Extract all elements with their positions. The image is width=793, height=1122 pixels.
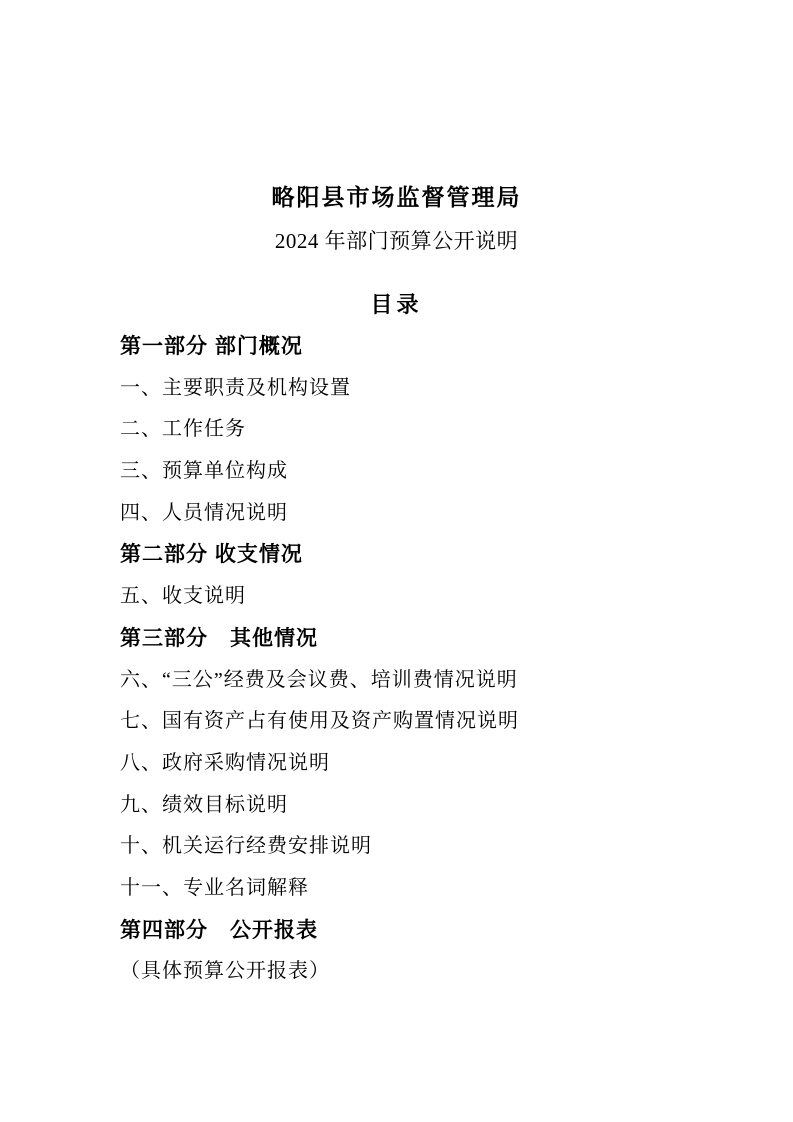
document-page: 略阳县市场监督管理局 2024 年部门预算公开说明 目录 第一部分 部门概况 一… bbox=[0, 0, 793, 1122]
toc-entry-3: 三、预算单位构成 bbox=[120, 451, 733, 493]
table-of-contents: 第一部分 部门概况 一、主要职责及机构设置 二、工作任务 三、预算单位构成 四、… bbox=[120, 326, 733, 993]
toc-section-part3: 第三部分 其他情况 bbox=[120, 618, 733, 660]
toc-entry-5: 五、收支说明 bbox=[120, 576, 733, 618]
toc-note-report-tables: （具体预算公开报表） bbox=[120, 951, 733, 993]
toc-section-part1: 第一部分 部门概况 bbox=[120, 326, 733, 368]
toc-entry-6: 六、“三公”经费及会议费、培训费情况说明 bbox=[120, 660, 733, 702]
document-subtitle: 2024 年部门预算公开说明 bbox=[0, 228, 793, 254]
toc-entry-11: 十一、专业名词解释 bbox=[120, 868, 733, 910]
toc-entry-2: 二、工作任务 bbox=[120, 409, 733, 451]
toc-entry-1: 一、主要职责及机构设置 bbox=[120, 368, 733, 410]
toc-heading: 目录 bbox=[0, 291, 793, 318]
toc-entry-7: 七、国有资产占有使用及资产购置情况说明 bbox=[120, 701, 733, 743]
toc-entry-10: 十、机关运行经费安排说明 bbox=[120, 826, 733, 868]
toc-entry-9: 九、绩效目标说明 bbox=[120, 785, 733, 827]
document-title: 略阳县市场监督管理局 bbox=[0, 184, 793, 211]
toc-entry-8: 八、政府采购情况说明 bbox=[120, 743, 733, 785]
toc-section-part2: 第二部分 收支情况 bbox=[120, 534, 733, 576]
toc-entry-4: 四、人员情况说明 bbox=[120, 493, 733, 535]
toc-section-part4: 第四部分 公开报表 bbox=[120, 910, 733, 952]
